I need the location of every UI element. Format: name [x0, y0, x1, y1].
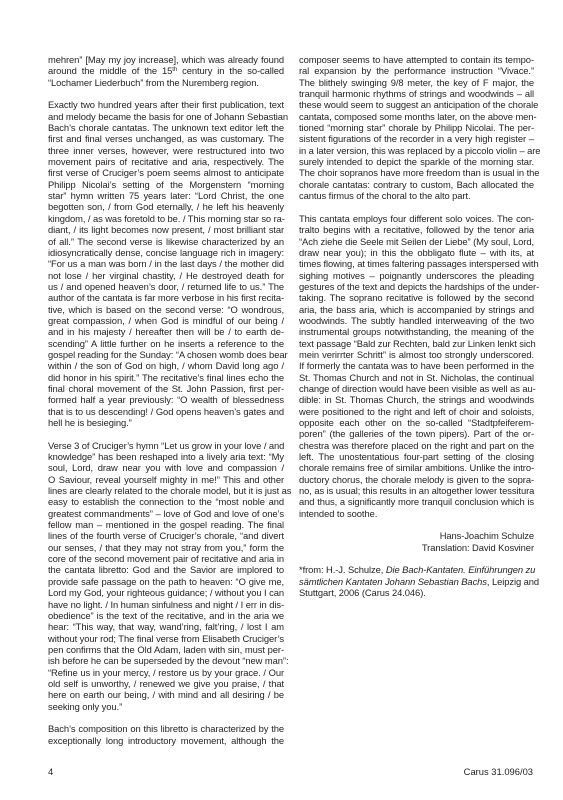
- right-column: composer seems to have attempted to cont…: [299, 54, 534, 610]
- paragraph: mehren” [May my joy increase], which was…: [48, 54, 284, 88]
- text-line: taking. The soprano recitative is follow…: [299, 292, 534, 303]
- text-line: diant, / its light becomes now present, …: [48, 224, 284, 235]
- text-line: seeking only you.”: [48, 701, 284, 712]
- text-line: first and final verses unchanged, as was…: [48, 133, 284, 144]
- paragraph: Bach’s composition on this libretto is c…: [48, 723, 284, 746]
- text-line: Exactly two hundred years after their fi…: [48, 99, 284, 110]
- right-column-paragraphs: composer seems to have attempted to cont…: [299, 54, 534, 519]
- text-line: aria, the bass aria, which is accompanie…: [299, 304, 534, 315]
- text-line: The blithely swinging 9/8 meter, the key…: [299, 77, 534, 88]
- text-line: “Ach ziehe die Seele mit Seilen der Lieb…: [299, 236, 534, 247]
- text-line: have no light. / In human sinfulness and…: [48, 599, 284, 610]
- text-line: surely intended to depict the sparkle of…: [299, 156, 534, 167]
- text-line: change of direction would have been visi…: [299, 383, 534, 394]
- text-line: The choir sopranos have more freedom tha…: [299, 167, 534, 178]
- paragraph: Verse 3 of Cruciger’s hymn “Let us grow …: [48, 440, 284, 712]
- text-line: chorale cantatas: contrary to custom, Ba…: [299, 179, 534, 190]
- text-line: provide safe passage on the path to heav…: [48, 576, 284, 587]
- footnote-line-3: Stuttgart, 2006 (Carus 24.046).: [299, 587, 534, 598]
- text-line: instrumental groups notwithstanding, the…: [299, 326, 534, 337]
- text-line: fellow man – mentioned in the gospel rea…: [48, 519, 284, 530]
- text-line: tioned “morning star” chorale by Philipp…: [299, 122, 534, 133]
- text-line: begotten son, / from God eternally, / he…: [48, 201, 284, 212]
- text-line: ish before he can be superseded by the d…: [48, 655, 284, 666]
- text-line: Verse 3 of Cruciger’s hymn “Let us grow …: [48, 440, 284, 451]
- footnote-prefix: *from: H.-J. Schulze,: [299, 564, 386, 575]
- text-line: intended to soothe.: [299, 508, 534, 519]
- text-line: hell he is besieging.”: [48, 417, 284, 428]
- text-line: within / the son of God on high, / whom …: [48, 360, 284, 371]
- text-line: and in his majesty / hereafter then will…: [48, 326, 284, 337]
- text-line: final choral movement of the St. John Pa…: [48, 383, 284, 394]
- text-line: star” hymn written 75 years later: “Lord…: [48, 190, 284, 201]
- text-line: not lose / her virginal chastity, / He d…: [48, 270, 284, 281]
- text-line: gestures of the text and depicts the har…: [299, 281, 534, 292]
- text-line: chestra was therefore placed on the righ…: [299, 440, 534, 451]
- text-line: author of the cantata is far more verbos…: [48, 292, 284, 303]
- attribution: Hans-Joachim Schulze Translation: David …: [299, 530, 534, 553]
- text-line: dible: in St. Thomas Church, the strings…: [299, 394, 534, 405]
- text-line: core of the second movement pair of reci…: [48, 553, 284, 564]
- text-line: no, as is usual; this results in an alto…: [299, 485, 534, 496]
- text-line: first verse of Cruciger’s poem seems alm…: [48, 167, 284, 178]
- document-page: mehren” [May my joy increase], which was…: [0, 0, 563, 800]
- text-line: of all.” The second verse is likewise ch…: [48, 236, 284, 247]
- text-line: scending” A little further on he inserts…: [48, 338, 284, 349]
- text-line: tranquil harmonic rhythms of strings and…: [299, 88, 534, 99]
- text-line: sistent figurations of the recorder in a…: [299, 133, 534, 144]
- text-line: Philipp Nicolai’s setting of the Morgens…: [48, 179, 284, 190]
- footnote-place: , Leipzig and: [487, 576, 539, 587]
- text-line: tralto begins with a recitative, followe…: [299, 224, 534, 235]
- text-line: “For us a man was born / in the last day…: [48, 258, 284, 269]
- text-line: obedience” is the text of the recitative…: [48, 610, 284, 621]
- text-line: exceptionally long introductory movement…: [48, 735, 284, 746]
- text-line: tive, which is based on the second verse…: [48, 304, 284, 315]
- text-line: movement pairs of recitative and aria, r…: [48, 156, 284, 167]
- paragraph: This cantata employs four different solo…: [299, 213, 534, 519]
- footnote-book-subtitle: sämtlichen Kantaten Johann Sebastian Bac…: [299, 576, 487, 587]
- text-line: left. The unostentatious four-part setti…: [299, 451, 534, 462]
- text-line: soul, Lord, draw near you with love and …: [48, 462, 284, 473]
- text-line: idiosyncratically dense, concise languag…: [48, 247, 284, 258]
- text-line: poren” (the galleries of the town pipers…: [299, 428, 534, 439]
- text-line: “Lochamer Liederbuch” from the Nuremberg…: [48, 77, 284, 88]
- author-name: Hans-Joachim Schulze: [299, 530, 534, 541]
- text-line: If formerly the cantata was to have been…: [299, 360, 534, 371]
- text-line: Bach’s chorale cantatas. The unknown tex…: [48, 122, 284, 133]
- text-line: here on earth our being, / with mind and…: [48, 689, 284, 700]
- text-line: easy to establish the connection to the …: [48, 496, 284, 507]
- text-line: This cantata employs four different solo…: [299, 213, 534, 224]
- superscript: th: [172, 67, 177, 73]
- text-line: were positioned to the right and left of…: [299, 406, 534, 417]
- text-line: and thus, a significantly more tranquil …: [299, 496, 534, 507]
- text-line: composer seems to have attempted to cont…: [299, 54, 534, 65]
- page-number: 4: [48, 766, 53, 778]
- text-line: sighing motives – poignantly underscores…: [299, 270, 534, 281]
- text-line: ral expansion by the performance instruc…: [299, 65, 534, 76]
- text-line: knowledge” has been reshaped into a live…: [48, 451, 284, 462]
- text-line: O Saviour, reveal yourself mighty in me!…: [48, 474, 284, 485]
- footnote: *from: H.-J. Schulze, Die Bach-Kantaten.…: [299, 564, 534, 598]
- text-line: greatest commandments” – love of God and…: [48, 508, 284, 519]
- catalog-number: Carus 31.096/03: [464, 766, 533, 778]
- text-line: lines of the fourth verse of Cruciger’s …: [48, 530, 284, 541]
- text-line: woodwinds. The subtly handled interweavi…: [299, 315, 534, 326]
- text-line: cantata, composed some months later, on …: [299, 111, 534, 122]
- paragraph: composer seems to have attempted to cont…: [299, 54, 534, 201]
- text-line: text passage “Bald zur Rechten, bald zur…: [299, 338, 534, 349]
- text-line: Bach’s composition on this libretto is c…: [48, 723, 284, 734]
- text-line: mein verirrter Schritt” is almost too st…: [299, 349, 534, 360]
- text-line: formed half a year previously: “O wealth…: [48, 394, 284, 405]
- text-line: us / and opened heaven’s door, / returne…: [48, 281, 284, 292]
- text-line: did honor in his spirit.” The recitative…: [48, 372, 284, 383]
- text-line: St. Thomas Church and not in St. Nichola…: [299, 372, 534, 383]
- text-line: and melody became the basis for one of J…: [48, 111, 284, 122]
- footnote-line-2: sämtlichen Kantaten Johann Sebastian Bac…: [299, 576, 534, 587]
- text-line: gospel reading for the Sunday: “A chosen…: [48, 349, 284, 360]
- text-line: in a later version, this was replaced by…: [299, 145, 534, 156]
- paragraph: Exactly two hundred years after their fi…: [48, 99, 284, 428]
- text-line: mehren” [May my joy increase], which was…: [48, 54, 284, 65]
- text-line: times flowing, at times faltering passag…: [299, 258, 534, 269]
- text-line: Lord my God, your righteous guidance; / …: [48, 587, 284, 598]
- text-line: that is to us descending! / God opens he…: [48, 406, 284, 417]
- text-line: great compassion, / when God is mindful …: [48, 315, 284, 326]
- text-line: ductory chorus, the chorale melody is gi…: [299, 474, 534, 485]
- text-line: cantus firmus of the choral to the alto …: [299, 190, 534, 201]
- left-column: mehren” [May my joy increase], which was…: [48, 54, 284, 757]
- text-line: pen confirms that the Old Adam, laden wi…: [48, 644, 284, 655]
- text-line: draw near you); in this the obbligato fl…: [299, 247, 534, 258]
- text-line: these would seem to suggest an anticipat…: [299, 99, 534, 110]
- text-line: the cantata libretto: God and the Savior…: [48, 564, 284, 575]
- text-line: hear: “This way, that way, wand’ring, fa…: [48, 621, 284, 632]
- text-line: lines are clearly related to the chorale…: [48, 485, 284, 496]
- text-line: old self is unworthy, / renewed we give …: [48, 678, 284, 689]
- text-line: chorale remains free of similar ambition…: [299, 462, 534, 473]
- footnote-book-title: Die Bach-Kantaten. Einführungen zu: [386, 564, 535, 575]
- text-line: without your rod; The final verse from E…: [48, 633, 284, 644]
- text-line: “Refine us in your mercy, / restore us b…: [48, 667, 284, 678]
- translator-credit: Translation: David Kosviner: [299, 542, 534, 553]
- text-line: around the middle of the 15th century in…: [48, 65, 284, 76]
- text-line: our senses, / that they may not stray fr…: [48, 542, 284, 553]
- footnote-line-1: *from: H.-J. Schulze, Die Bach-Kantaten.…: [299, 564, 534, 575]
- text-line: three inner verses, however, were restru…: [48, 145, 284, 156]
- text-line: kingdom, / as was foretold to be. / This…: [48, 213, 284, 224]
- text-line: opposite each other on the so-called “St…: [299, 417, 534, 428]
